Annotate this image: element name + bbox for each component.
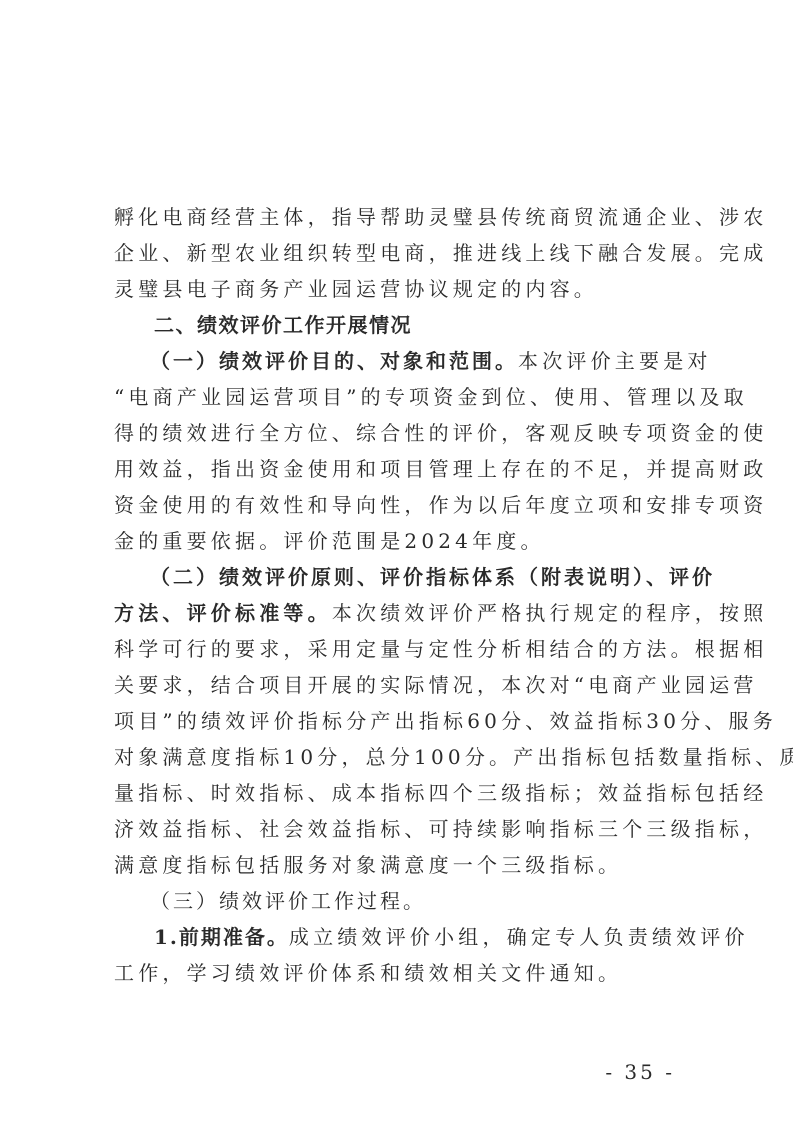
subsection-2-first-line: 方法、评价标准等。本次绩效评价严格执行规定的程序，按照 bbox=[114, 595, 670, 631]
subsection-2-title-line-1: （二）绩效评价原则、评价指标体系（附表说明）、评价 bbox=[150, 559, 670, 595]
body-text-line: 工作，学习绩效评价体系和绩效相关文件通知。 bbox=[114, 955, 670, 991]
subsection-2-text: 本次绩效评价严格执行规定的程序，按照 bbox=[332, 601, 768, 625]
item-1-label: 1.前期准备。 bbox=[154, 925, 289, 949]
subsection-1-first-line: （一）绩效评价目的、对象和范围。本次评价主要是对 bbox=[150, 343, 670, 379]
body-text-line: 量指标、时效指标、成本指标四个三级指标；效益指标包括经 bbox=[114, 775, 670, 811]
subsection-2-title-line-2: 方法、评价标准等。 bbox=[114, 601, 332, 625]
body-text-line: 项目”的绩效评价指标分产出指标60分、效益指标30分、服务 bbox=[114, 703, 670, 739]
body-text-line: 关要求，结合项目开展的实际情况，本次对“电商产业园运营 bbox=[114, 667, 670, 703]
body-text-line: 灵璧县电子商务产业园运营协议规定的内容。 bbox=[114, 271, 670, 307]
body-text-line: 济效益指标、社会效益指标、可持续影响指标三个三级指标， bbox=[114, 811, 670, 847]
subsection-1-title: （一）绩效评价目的、对象和范围。 bbox=[150, 349, 518, 373]
item-1-text: 成立绩效评价小组，确定专人负责绩效评价 bbox=[289, 925, 749, 949]
body-text-line: 科学可行的要求，采用定量与定性分析相结合的方法。根据相 bbox=[114, 631, 670, 667]
item-1-first-line: 1.前期准备。成立绩效评价小组，确定专人负责绩效评价 bbox=[154, 919, 670, 955]
subsection-3-title: （三）绩效评价工作过程。 bbox=[150, 883, 670, 919]
body-text-line: 用效益，指出资金使用和项目管理上存在的不足，并提高财政 bbox=[114, 451, 670, 487]
body-text-line: 企业、新型农业组织转型电商，推进线上线下融合发展。完成 bbox=[114, 235, 670, 271]
body-text-line: 金的重要依据。评价范围是2024年度。 bbox=[114, 523, 670, 559]
subsection-1-text: 本次评价主要是对 bbox=[518, 349, 712, 373]
body-text-line: 对象满意度指标10分，总分100分。产出指标包括数量指标、质 bbox=[114, 739, 670, 775]
body-text-line: 满意度指标包括服务对象满意度一个三级指标。 bbox=[114, 847, 670, 883]
body-text-line: 资金使用的有效性和导向性，作为以后年度立项和安排专项资 bbox=[114, 487, 670, 523]
body-text-line: “电商产业园运营项目”的专项资金到位、使用、管理以及取 bbox=[114, 379, 670, 415]
page-number: - 35 - bbox=[0, 1060, 793, 1084]
section-heading: 二、绩效评价工作开展情况 bbox=[154, 307, 670, 343]
body-text-line: 得的绩效进行全方位、综合性的评价，客观反映专项资金的使 bbox=[114, 415, 670, 451]
page-number-text: - 35 - bbox=[605, 1060, 675, 1084]
document-page: 孵化电商经营主体，指导帮助灵璧县传统商贸流通企业、涉农 企业、新型农业组织转型电… bbox=[0, 0, 793, 1122]
body-text-line: 孵化电商经营主体，指导帮助灵璧县传统商贸流通企业、涉农 bbox=[114, 199, 670, 235]
